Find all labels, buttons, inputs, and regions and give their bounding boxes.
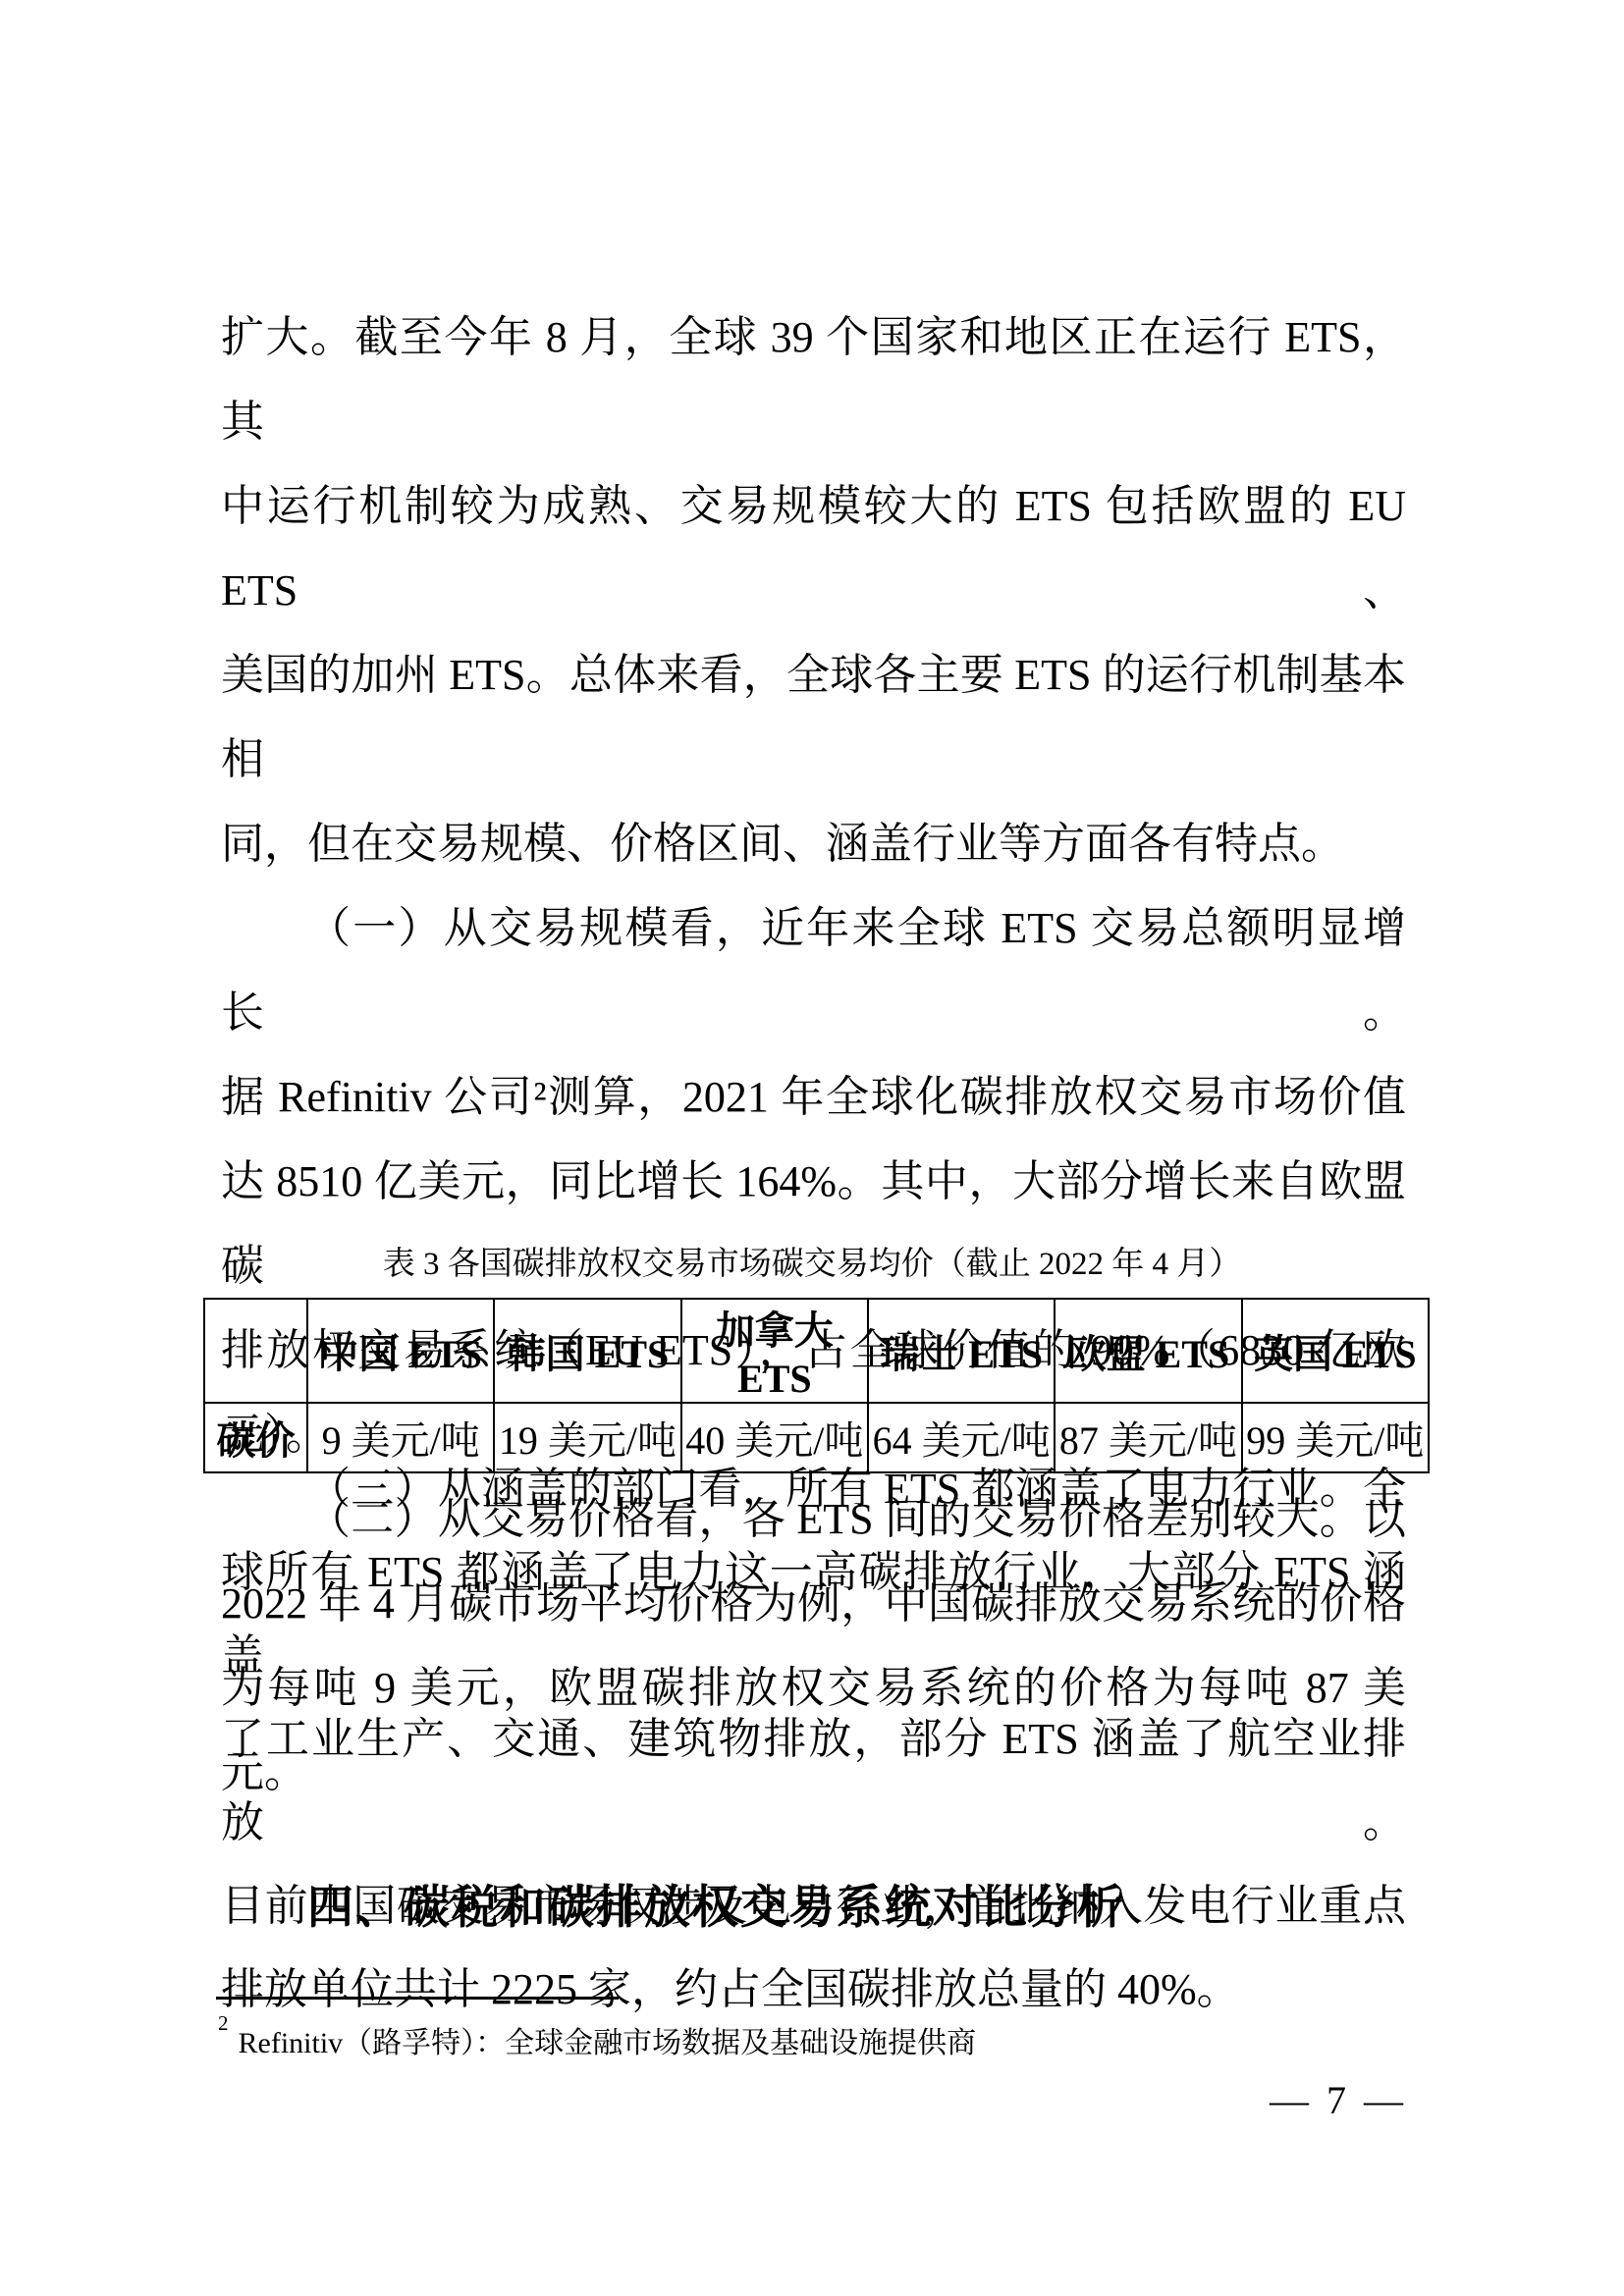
body-text-bottom: （三）从涵盖的部门看，所有 ETS 都涵盖了电力行业。全球所有 ETS 都涵盖了… (221, 1447, 1406, 2031)
body-line: 据 Refinitiv 公司²测算，2021 年全球化碳排放权交易市场价值 (221, 1055, 1406, 1140)
table-header-cell: 韩国 ETS (494, 1299, 680, 1403)
body-line: 中运行机制较为成熟、交易规模较大的 ETS 包括欧盟的 EU ETS、 (221, 464, 1406, 633)
body-line: 球所有 ETS 都涵盖了电力这一高碳排放行业，大部分 ETS 涵盖 (221, 1530, 1406, 1697)
table-header-cell: 英国 ETS (1242, 1299, 1429, 1403)
page-number: — 7 — (1270, 2077, 1407, 2124)
table-header-cell: 欧盟 ETS (1055, 1299, 1241, 1403)
section-heading: 四、碳税和碳排放权交易系统对比分析 (307, 1879, 1125, 1936)
body-line: 了工业生产、交通、建筑物排放，部分 ETS 涵盖了航空业排放。 (221, 1697, 1406, 1864)
table-caption: 表 3 各国碳排放权交易市场碳交易均价（截止 2022 年 4 月） (0, 1244, 1624, 1285)
document-page: 扩大。截至今年 8 月，全球 39 个国家和地区正在运行 ETS，其中运行机制较… (0, 0, 1624, 2296)
table-header-row: 中国 ETS韩国 ETS加拿大 ETS瑞士 ETS欧盟 ETS英国 ETS (204, 1299, 1429, 1403)
body-line: 扩大。截至今年 8 月，全球 39 个国家和地区正在运行 ETS，其 (221, 295, 1406, 464)
table-header-cell: 加拿大 ETS (681, 1299, 868, 1403)
table-header-cell: 中国 ETS (307, 1299, 494, 1403)
footnote-text: Refinitiv（路孚特）：全球金融市场数据及基础设施提供商 (239, 2027, 977, 2059)
footnote-separator (216, 1997, 619, 2000)
footnote-marker: 2 (218, 2011, 229, 2035)
table-head: 中国 ETS韩国 ETS加拿大 ETS瑞士 ETS欧盟 ETS英国 ETS (204, 1299, 1429, 1403)
body-line: 美国的加州 ETS。总体来看，全球各主要 ETS 的运行机制基本相 (221, 633, 1406, 802)
footnote: 2Refinitiv（路孚特）：全球金融市场数据及基础设施提供商 (218, 2014, 976, 2064)
table-header-cell: 瑞士 ETS (868, 1299, 1055, 1403)
table-corner-cell (204, 1299, 307, 1403)
body-line: 同，但在交易规模、价格区间、涵盖行业等方面各有特点。 (221, 802, 1406, 886)
body-line: （三）从涵盖的部门看，所有 ETS 都涵盖了电力行业。全 (221, 1447, 1406, 1530)
body-line: （一）从交易规模看，近年来全球 ETS 交易总额明显增长。 (221, 886, 1406, 1055)
